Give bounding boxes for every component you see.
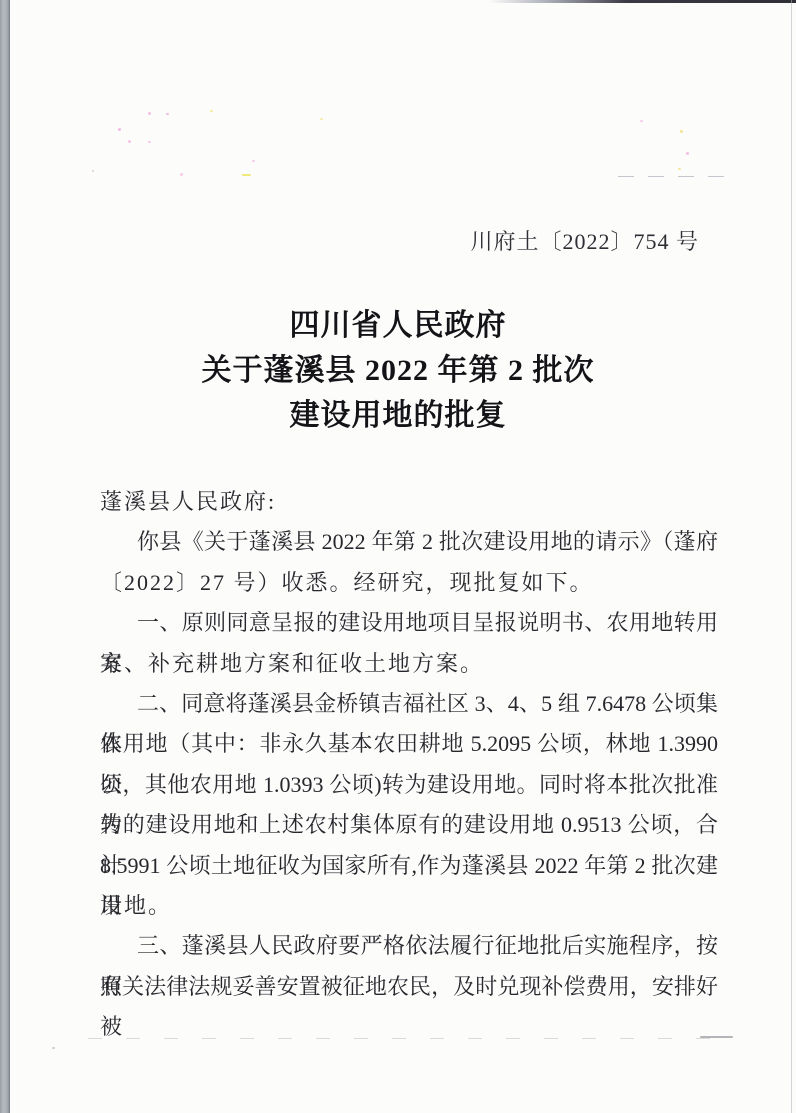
- body-line: 二、同意将蓬溪县金桥镇吉福社区 3、4、5 组 7.6478 公顷集体: [100, 684, 718, 724]
- scan-smudge: [618, 176, 732, 177]
- scan-speckle: [180, 173, 183, 176]
- scan-speckle: [52, 1047, 55, 1049]
- scan-speckle: [242, 174, 251, 176]
- salutation: 蓬溪县人民政府:: [100, 482, 718, 522]
- scan-speckle: [320, 118, 323, 120]
- body-line: 三、蓬溪县人民政府要严格依法履行征地批后实施程序，按照: [100, 926, 718, 966]
- document-title: 四川省人民政府 关于蓬溪县 2022 年第 2 批次 建设用地的批复: [0, 303, 796, 438]
- scan-speckle: [148, 112, 151, 115]
- scan-smudge: [700, 1036, 733, 1038]
- scanned-document-page: 川府土〔2022〕754 号 四川省人民政府 关于蓬溪县 2022 年第 2 批…: [0, 0, 796, 1113]
- scan-speckle: [680, 130, 683, 133]
- title-line: 四川省人民政府: [0, 303, 796, 348]
- scan-speckle: [210, 110, 213, 112]
- scan-speckle: [128, 140, 131, 143]
- body-line: 顷，其他农用地 1.0393 公顷)转为建设用地。同时将本批次批准转: [100, 765, 718, 805]
- body-line: 〔2022〕27 号）收悉。经研究，现批复如下。: [100, 563, 718, 603]
- body-line: 8.5991 公顷土地征收为国家所有,作为蓬溪县 2022 年第 2 批次建设: [100, 846, 718, 886]
- scanner-edge-top: [488, 0, 796, 3]
- title-line: 建设用地的批复: [0, 393, 796, 438]
- scan-speckle: [166, 113, 169, 115]
- scan-speckle: [118, 128, 121, 131]
- body-line: 你县《关于蓬溪县 2022 年第 2 批次建设用地的请示》（蓬府: [100, 522, 718, 562]
- body-line: 农用地（其中：非永久基本农田耕地 5.2095 公顷，林地 1.3990 公: [100, 724, 718, 764]
- scanner-edge-left: [0, 0, 10, 1113]
- scan-speckle: [148, 141, 151, 143]
- body-line: 用地。: [100, 886, 718, 926]
- body-line: 一、原则同意呈报的建设用地项目呈报说明书、农用地转用方: [100, 603, 718, 643]
- document-number: 川府土〔2022〕754 号: [470, 229, 699, 255]
- scan-speckle: [92, 170, 94, 172]
- scan-smudge: [88, 1038, 733, 1039]
- scan-speckle: [252, 160, 255, 162]
- document-body: 蓬溪县人民政府: 你县《关于蓬溪县 2022 年第 2 批次建设用地的请示》（蓬…: [100, 482, 718, 1007]
- title-line: 关于蓬溪县 2022 年第 2 批次: [0, 348, 796, 393]
- scan-speckle: [678, 168, 681, 170]
- body-line: 有关法律法规妥善安置被征地农民，及时兑现补偿费用，安排好被: [100, 967, 718, 1007]
- body-line: 为的建设用地和上述农村集体原有的建设用地 0.9513 公顷，合计: [100, 805, 718, 845]
- scanner-edge-right: [791, 0, 792, 1113]
- body-line: 案、补充耕地方案和征收土地方案。: [100, 644, 718, 684]
- scan-speckle: [686, 152, 689, 155]
- scan-speckle: [640, 120, 643, 122]
